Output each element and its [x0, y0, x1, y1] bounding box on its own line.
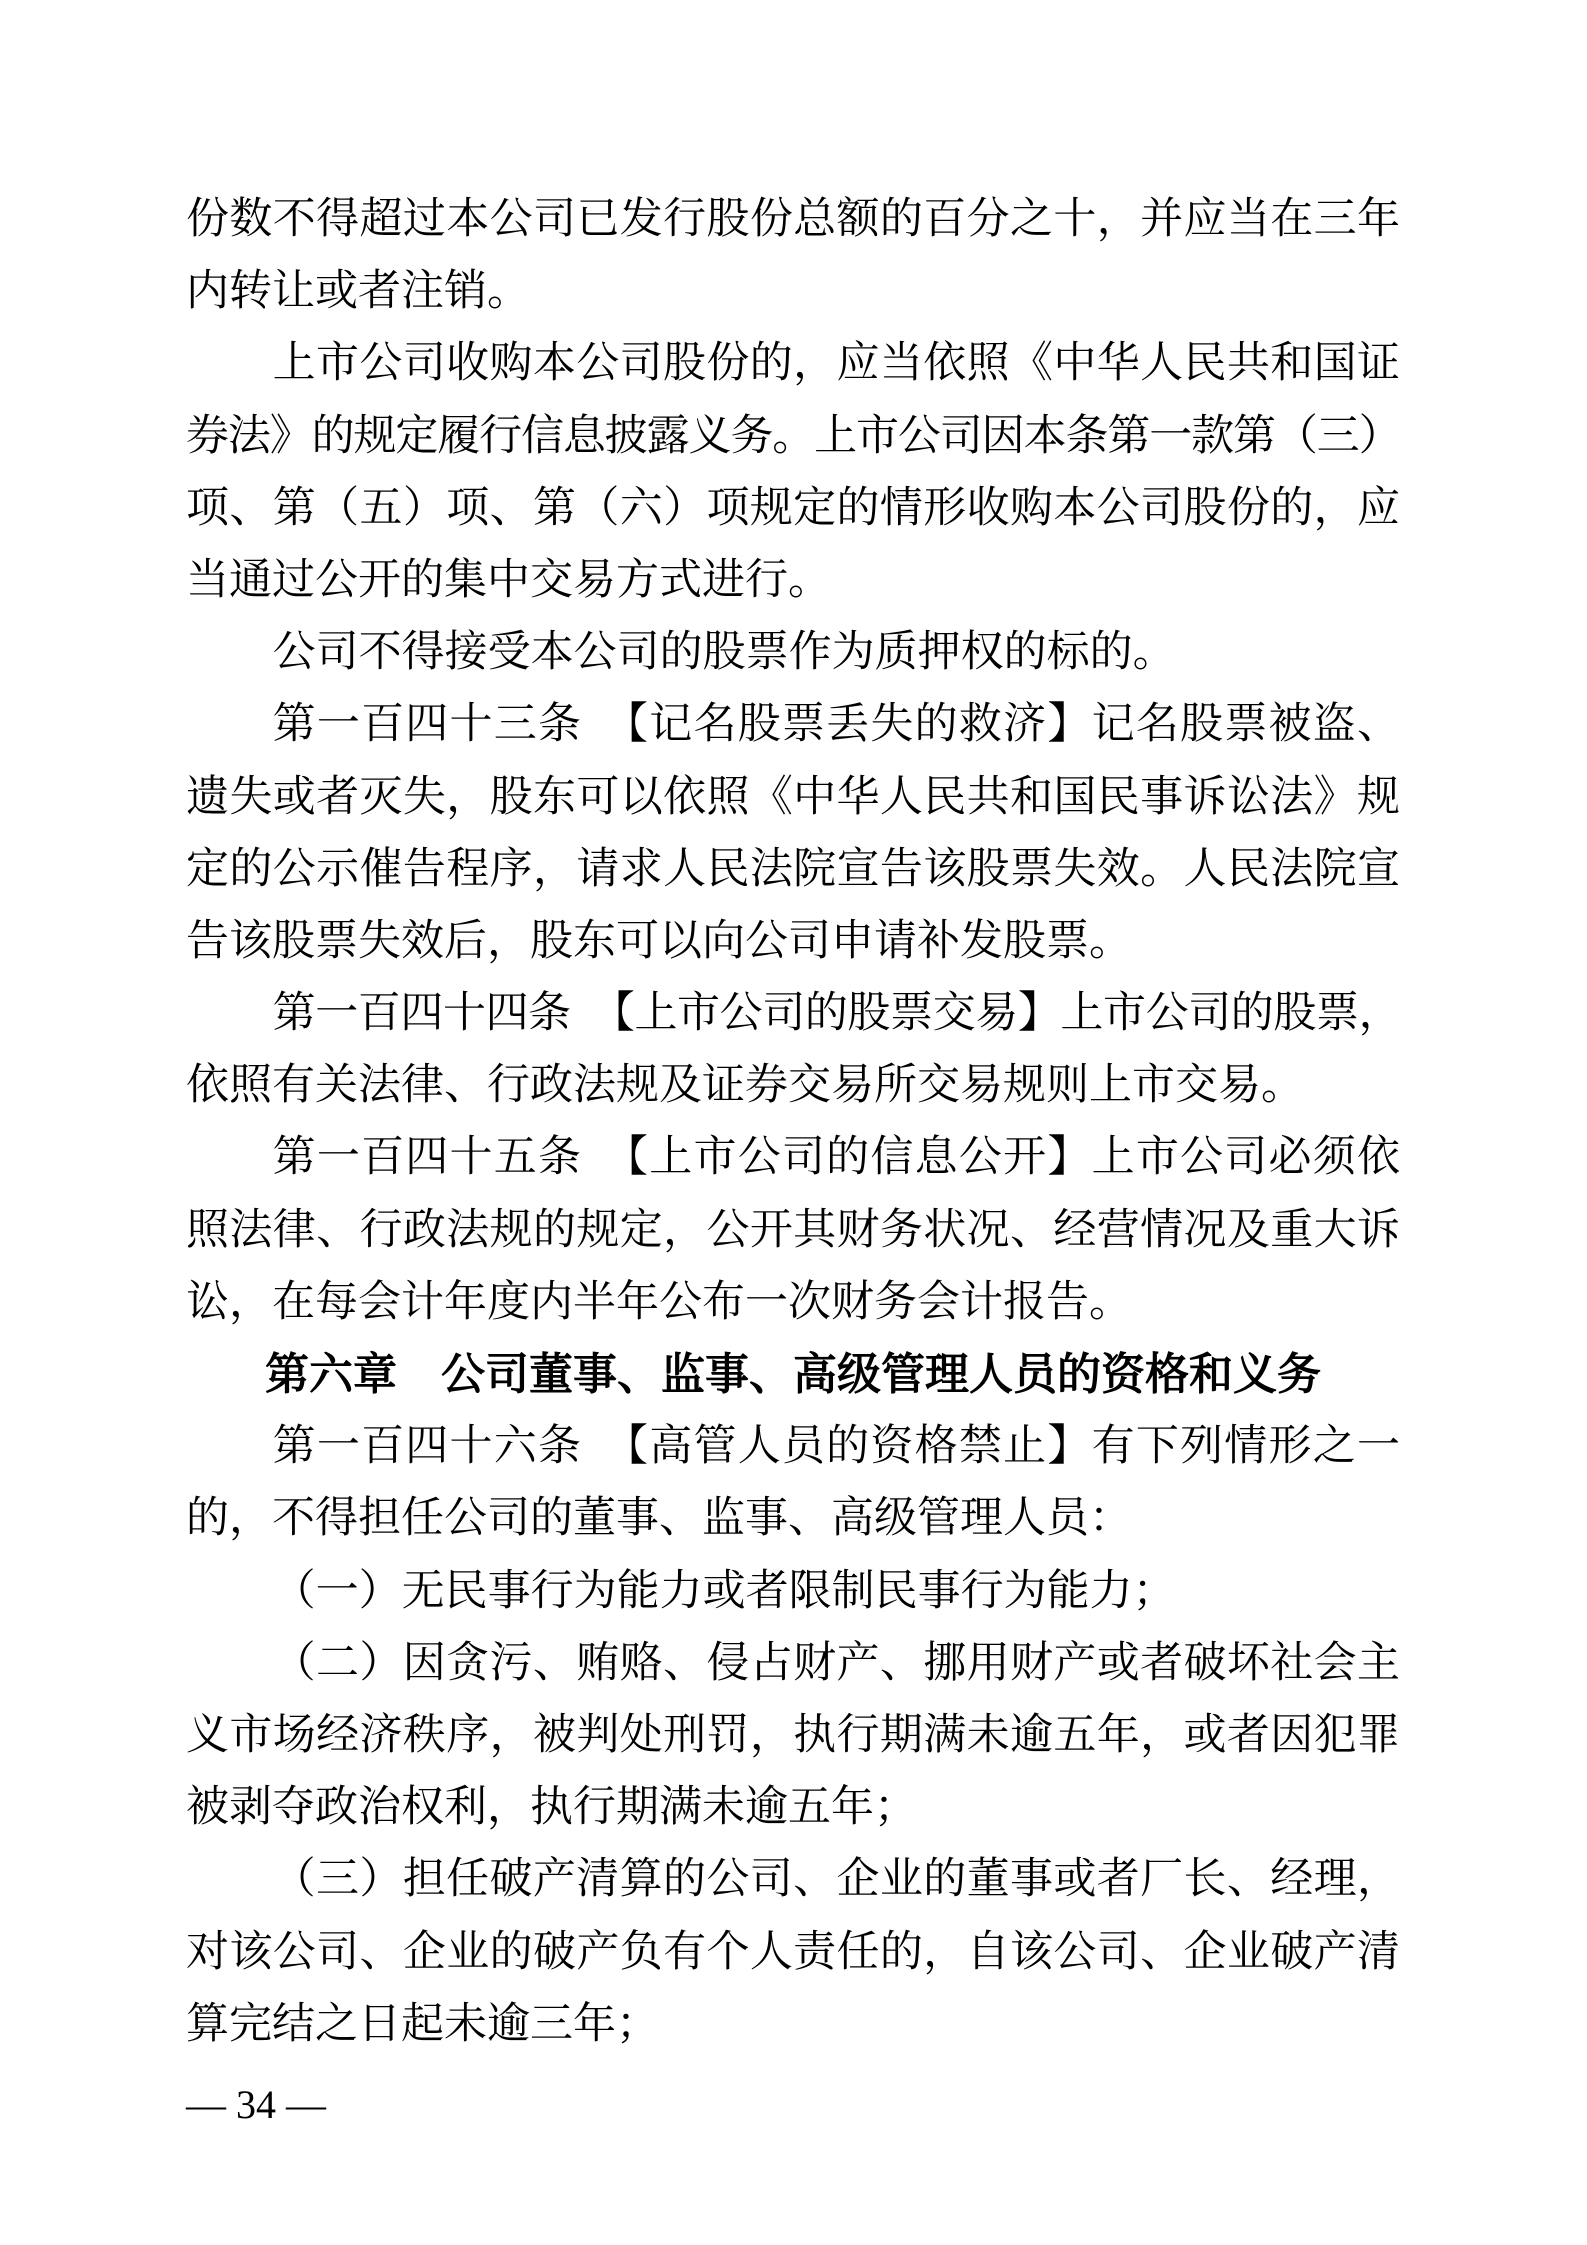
- text-line: 内转让或者注销。: [186, 256, 1400, 328]
- text-line: 第一百四十三条 【记名股票丢失的救济】记名股票被盗、: [186, 689, 1400, 761]
- text-line: 定的公示催告程序，请求人民法院宣告该股票失效。人民法院宣: [186, 834, 1400, 906]
- text-line: 遗失或者灭失，股东可以依照《中华人民共和国民事诉讼法》规: [186, 762, 1400, 834]
- text-line: 讼，在每会计年度内半年公布一次财务会计报告。: [186, 1267, 1400, 1339]
- text-line: 对该公司、企业的破产负有个人责任的，自该公司、企业破产清: [186, 1917, 1400, 1989]
- page-number: — 34 —: [186, 2072, 326, 2138]
- text-line: 第一百四十五条 【上市公司的信息公开】上市公司必须依: [186, 1122, 1400, 1194]
- text-line: 算完结之日起未逾三年；: [186, 1989, 1400, 2061]
- text-line: （三）担任破产清算的公司、企业的董事或者厂长、经理，: [186, 1844, 1400, 1916]
- chapter-heading: 第六章 公司董事、监事、高级管理人员的资格和义务: [186, 1339, 1400, 1411]
- text-line: 公司不得接受本公司的股票作为质押权的标的。: [186, 617, 1400, 689]
- document-page: 份数不得超过本公司已发行股份总额的百分之十，并应当在三年内转让或者注销。上市公司…: [0, 0, 1587, 2245]
- text-line: 第一百四十六条 【高管人员的资格禁止】有下列情形之一: [186, 1411, 1400, 1483]
- text-line: 券法》的规定履行信息披露义务。上市公司因本条第一款第（三）: [186, 401, 1400, 473]
- text-line: 告该股票失效后，股东可以向公司申请补发股票。: [186, 906, 1400, 978]
- text-line: 的，不得担任公司的董事、监事、高级管理人员：: [186, 1483, 1400, 1555]
- text-line: 依照有关法律、行政法规及证券交易所交易规则上市交易。: [186, 1050, 1400, 1122]
- text-line: 第一百四十四条 【上市公司的股票交易】上市公司的股票，: [186, 978, 1400, 1050]
- document-body: 份数不得超过本公司已发行股份总额的百分之十，并应当在三年内转让或者注销。上市公司…: [186, 184, 1400, 2061]
- text-line: 当通过公开的集中交易方式进行。: [186, 545, 1400, 617]
- text-line: 上市公司收购本公司股份的，应当依照《中华人民共和国证: [186, 328, 1400, 400]
- text-line: 份数不得超过本公司已发行股份总额的百分之十，并应当在三年: [186, 184, 1400, 256]
- text-line: 照法律、行政法规的规定，公开其财务状况、经营情况及重大诉: [186, 1195, 1400, 1267]
- text-line: （一）无民事行为能力或者限制民事行为能力；: [186, 1556, 1400, 1628]
- text-line: 义市场经济秩序，被判处刑罚，执行期满未逾五年，或者因犯罪: [186, 1700, 1400, 1772]
- text-line: 项、第（五）项、第（六）项规定的情形收购本公司股份的，应: [186, 473, 1400, 545]
- text-line: （二）因贪污、贿赂、侵占财产、挪用财产或者破坏社会主: [186, 1628, 1400, 1700]
- text-line: 被剥夺政治权利，执行期满未逾五年；: [186, 1772, 1400, 1844]
